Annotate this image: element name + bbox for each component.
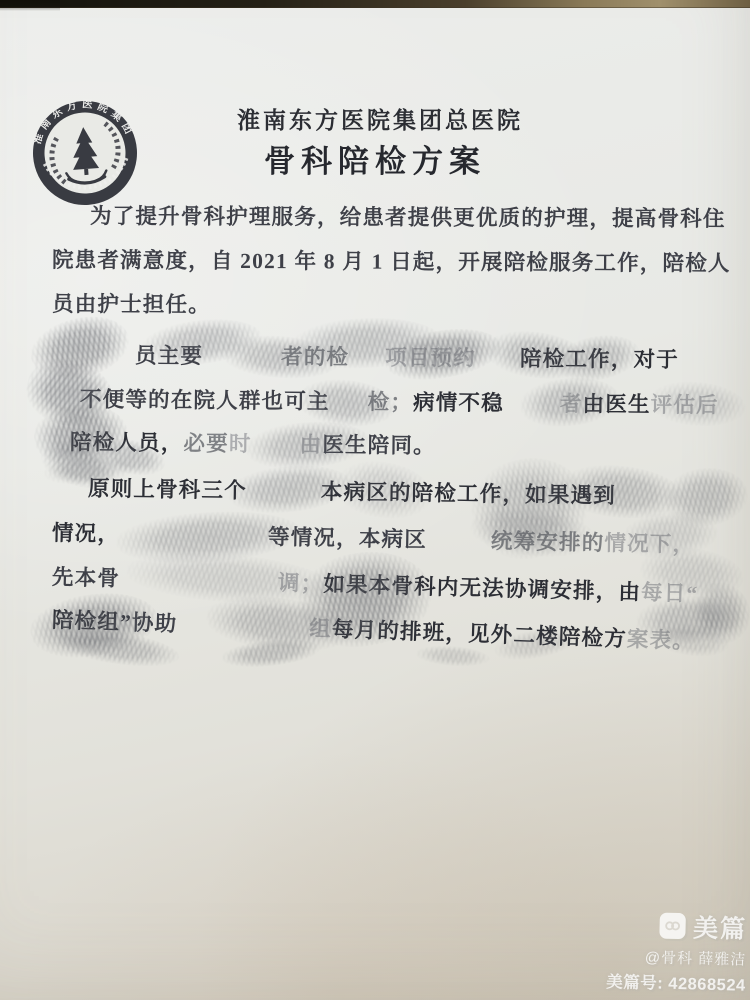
body-text: 情况下， <box>604 531 695 557</box>
body-text: 本病区的陪检工作，如果遇到 <box>321 480 616 508</box>
meipian-logo-icon <box>659 913 686 940</box>
watermark-id: 美篇号: 42868524 <box>605 968 745 995</box>
body-line: 陪检人员，必要时由医生陪同。 <box>52 425 732 463</box>
body-text: 检； <box>368 390 414 414</box>
body-line: 不便等的在院人群也可主检；病情不稳者由医生评估后 <box>52 382 732 420</box>
body-text: 评估后 <box>651 393 719 418</box>
body-line: 先本骨调；如果本骨科内无法协调安排，由每日“ <box>52 560 733 609</box>
body-text: 每日“ <box>641 580 699 605</box>
body-text: 陪检工作，对于 <box>520 347 679 372</box>
body-text: 等情况，本病区 <box>268 525 427 552</box>
body-text: 者 <box>560 392 583 416</box>
body-text: 由 <box>299 433 322 457</box>
body-text: 统筹安排的 <box>491 529 605 555</box>
org-name: 淮南东方医院集团总医院 <box>0 102 750 135</box>
body-text: 医生陪同。 <box>322 433 436 458</box>
body-text: 时 <box>229 432 252 456</box>
body-text: 如果本骨科内无法协调安排，由 <box>323 572 641 604</box>
body-text: 协助 <box>132 611 178 636</box>
watermark-brand: 美篇 <box>692 908 747 945</box>
body-text: 员由护士担任。 <box>52 292 211 317</box>
body-line: 员主要者的检项目预约陪检工作，对于 <box>52 338 732 374</box>
body-text: 组 <box>309 617 332 642</box>
body-text: 病情不稳 <box>413 390 504 415</box>
body-text: 调； <box>278 571 324 596</box>
watermark: 美篇 @骨科 薛雅洁 美篇号: 42868524 <box>605 906 747 995</box>
body-text: 必要 <box>183 431 229 455</box>
body-line: 为了提升骨科护理服务，给患者提供更优质的护理，提高骨科住 <box>52 199 732 233</box>
body-line: 原则上骨科三个本病区的陪检工作，如果遇到 <box>52 471 732 511</box>
body-text: 不便等的在院人群也可主 <box>80 387 330 413</box>
body-text: 由医生 <box>582 392 650 417</box>
body-text: 为了提升骨科护理服务，给患者提供更优质的护理，提高骨科住 <box>90 204 726 231</box>
body-line: 院患者满意度，自 2021 年 8 月 1 日起，开展陪检服务工作，陪检人 <box>52 243 732 278</box>
watermark-credit: @骨科 薛雅洁 <box>606 945 746 969</box>
body-text: 院患者满意度，自 2021 年 8 月 1 日起，开展陪检服务工作，陪检人 <box>52 248 731 276</box>
photo-top-edge <box>0 0 750 8</box>
body-text: 项目预约 <box>385 346 476 371</box>
body-text: 先本骨 <box>52 565 121 591</box>
body-text: 案表。 <box>627 627 696 653</box>
body-text: 原则上骨科三个 <box>88 477 247 503</box>
doc-title: 骨科陪检方案 <box>0 136 750 181</box>
body-text: 陪检组” <box>52 608 133 635</box>
body-text: 者的检 <box>281 345 349 370</box>
body-line: 员由护士担任。 <box>52 287 732 322</box>
body-line: 情况，等情况，本病区统筹安排的情况下， <box>52 516 732 559</box>
body-text: 情况， <box>52 521 121 546</box>
body-line: 陪检组”协助组每月的排班，见外二楼陪检方案表。 <box>51 603 732 657</box>
body-text: 员主要 <box>135 344 203 369</box>
body-text: 陪检人员， <box>70 430 184 455</box>
document-photo: 淮南东方医院集团 淮南东方医院集团总医院 骨科陪检方案 为了提升骨科护理服务，给… <box>0 0 750 1000</box>
body-text: 每月的排班，见外二楼陪检方 <box>332 617 628 651</box>
